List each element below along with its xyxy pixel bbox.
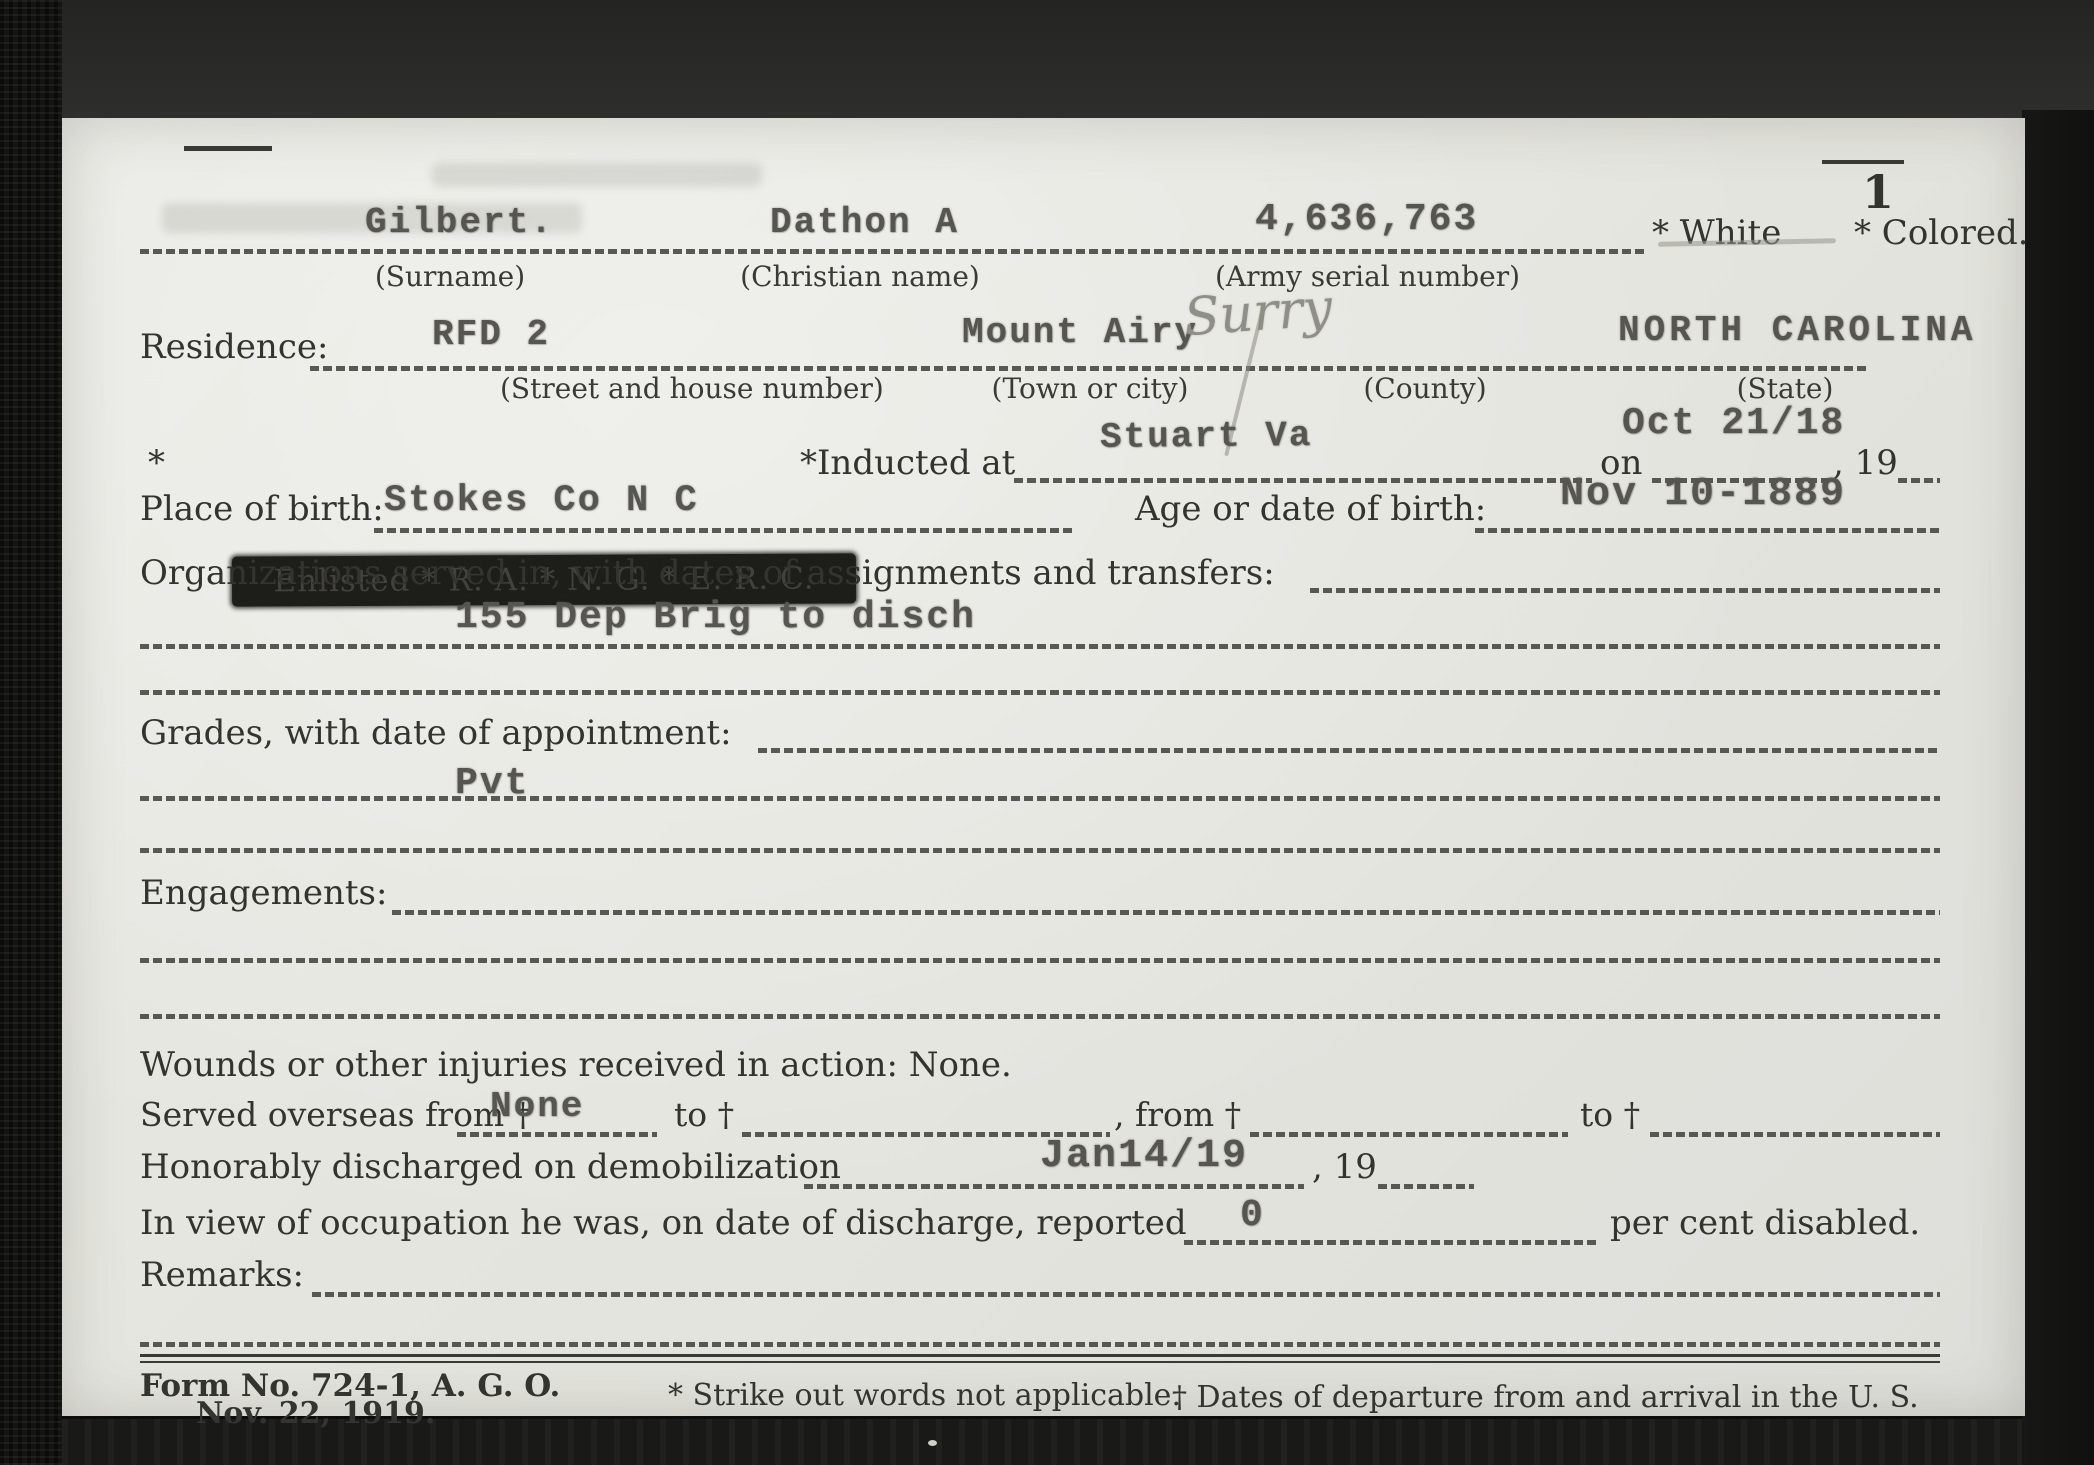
overseas-to2-label: to †: [1580, 1098, 1640, 1133]
footer-rule-bottom: [140, 1361, 1940, 1363]
remarks-label: Remarks:: [140, 1258, 304, 1294]
town-label: (Town or city): [950, 374, 1230, 403]
surname-value: Gilbert.: [365, 204, 554, 242]
inducted-place-value: Stuart Va: [1100, 417, 1313, 457]
footnote-strike-out: * Strike out words not applicable.: [668, 1380, 1181, 1412]
dotted-rule: [1650, 1132, 1940, 1137]
place-of-birth-label: Place of birth:: [140, 492, 384, 528]
street-label: (Street and house number): [500, 374, 850, 403]
army-serial-number-value: 4,636,763: [1255, 200, 1478, 240]
dotted-rule: [1250, 1132, 1568, 1137]
disability-label: In view of occupation he was, on date of…: [140, 1206, 1187, 1242]
induction-date-value: Oct 21/18: [1622, 404, 1845, 444]
dotted-rule: [140, 1014, 1940, 1019]
page-number: 1: [1862, 168, 1894, 216]
dotted-rule: [1184, 1240, 1596, 1245]
christian-name-value: Dathon A: [770, 204, 959, 242]
dotted-rule: [140, 796, 1940, 801]
dotted-rule: [804, 1184, 1304, 1189]
dotted-rule: [140, 644, 1940, 649]
dotted-rule: [310, 366, 1870, 371]
discharge-label: Honorably discharged on demobilization: [140, 1150, 841, 1186]
engagements-label: Engagements:: [140, 876, 387, 912]
page-number-overline: [1822, 160, 1904, 164]
residence-label: Residence:: [140, 330, 328, 366]
dotted-rule: [1898, 478, 1940, 483]
dotted-rule: [457, 1132, 657, 1137]
birthdate-value: Nov 10-1889: [1560, 474, 1846, 516]
wounds-value: None.: [909, 1045, 1012, 1085]
dotted-rule: [140, 1342, 1940, 1347]
dotted-rule: [374, 528, 1072, 533]
residence-state-value: NORTH CAROLINA: [1618, 312, 1976, 350]
dotted-rule: [1310, 588, 1940, 593]
dotted-rule: [1014, 478, 1592, 483]
footnote-dagger: † Dates of departure from and arrival in…: [1172, 1382, 1919, 1414]
dust-speck: [928, 1440, 937, 1446]
inducted-at-label: *Inducted at: [800, 446, 1015, 482]
scan-background-top: [62, 0, 2094, 120]
dotted-rule: [1378, 1184, 1474, 1189]
print-offset-smudge: [432, 163, 762, 187]
film-edge: [0, 0, 62, 1465]
form-date: Nov. 22, 1919.: [196, 1398, 435, 1430]
discharge-date-value: Jan14/19: [1040, 1136, 1248, 1178]
disability-suffix-label: per cent disabled.: [1610, 1206, 1920, 1242]
disability-percent-value: 0: [1240, 1196, 1265, 1236]
dotted-rule: [1475, 528, 1940, 533]
dotted-rule: [140, 848, 1940, 853]
service-record-card: 1 Gilbert. Dathon A 4,636,763 * White * …: [62, 118, 2025, 1416]
surname-label: (Surname): [350, 262, 550, 291]
christian-name-label: (Christian name): [740, 262, 980, 291]
residence-town-value: Mount Airy: [962, 314, 1198, 352]
age-or-birthdate-label: Age or date of birth:: [1135, 492, 1486, 528]
wounds-label: Wounds or other injuries received in act…: [140, 1045, 898, 1085]
overseas-from-value: None: [490, 1088, 584, 1126]
county-label: (County): [1325, 374, 1525, 403]
scan-background-right: [2022, 110, 2094, 1465]
organizations-value: 155 Dep Brig to disch: [455, 598, 976, 638]
dotted-rule: [392, 910, 1940, 915]
state-label: (State): [1685, 374, 1885, 403]
dotted-rule: [312, 1292, 1940, 1297]
place-of-birth-value: Stokes Co N C: [384, 482, 699, 521]
dotted-rule: [758, 748, 1940, 753]
race-colored-option: * Colored.: [1854, 216, 2029, 252]
overseas-to-label: to †: [674, 1098, 734, 1133]
organizations-label: Organizations served in, with dates of a…: [140, 556, 1275, 592]
grades-label: Grades, with date of appointment:: [140, 716, 732, 752]
footer-rule-top: [140, 1354, 1940, 1357]
registration-dash: [184, 146, 272, 151]
dotted-rule: [140, 249, 1645, 254]
asterisk-marker: *: [148, 446, 165, 482]
overseas-from2-label: , from †: [1114, 1098, 1241, 1133]
discharge-year-label: , 19: [1312, 1150, 1377, 1186]
wounds-line: Wounds or other injuries received in act…: [140, 1048, 1012, 1084]
residence-street-value: RFD 2: [432, 316, 550, 354]
dotted-rule: [140, 690, 1940, 695]
overseas-from-label: Served overseas from †: [140, 1098, 531, 1133]
residence-county-value-handwritten: Surry: [1182, 281, 1334, 346]
dotted-rule: [140, 958, 1940, 963]
